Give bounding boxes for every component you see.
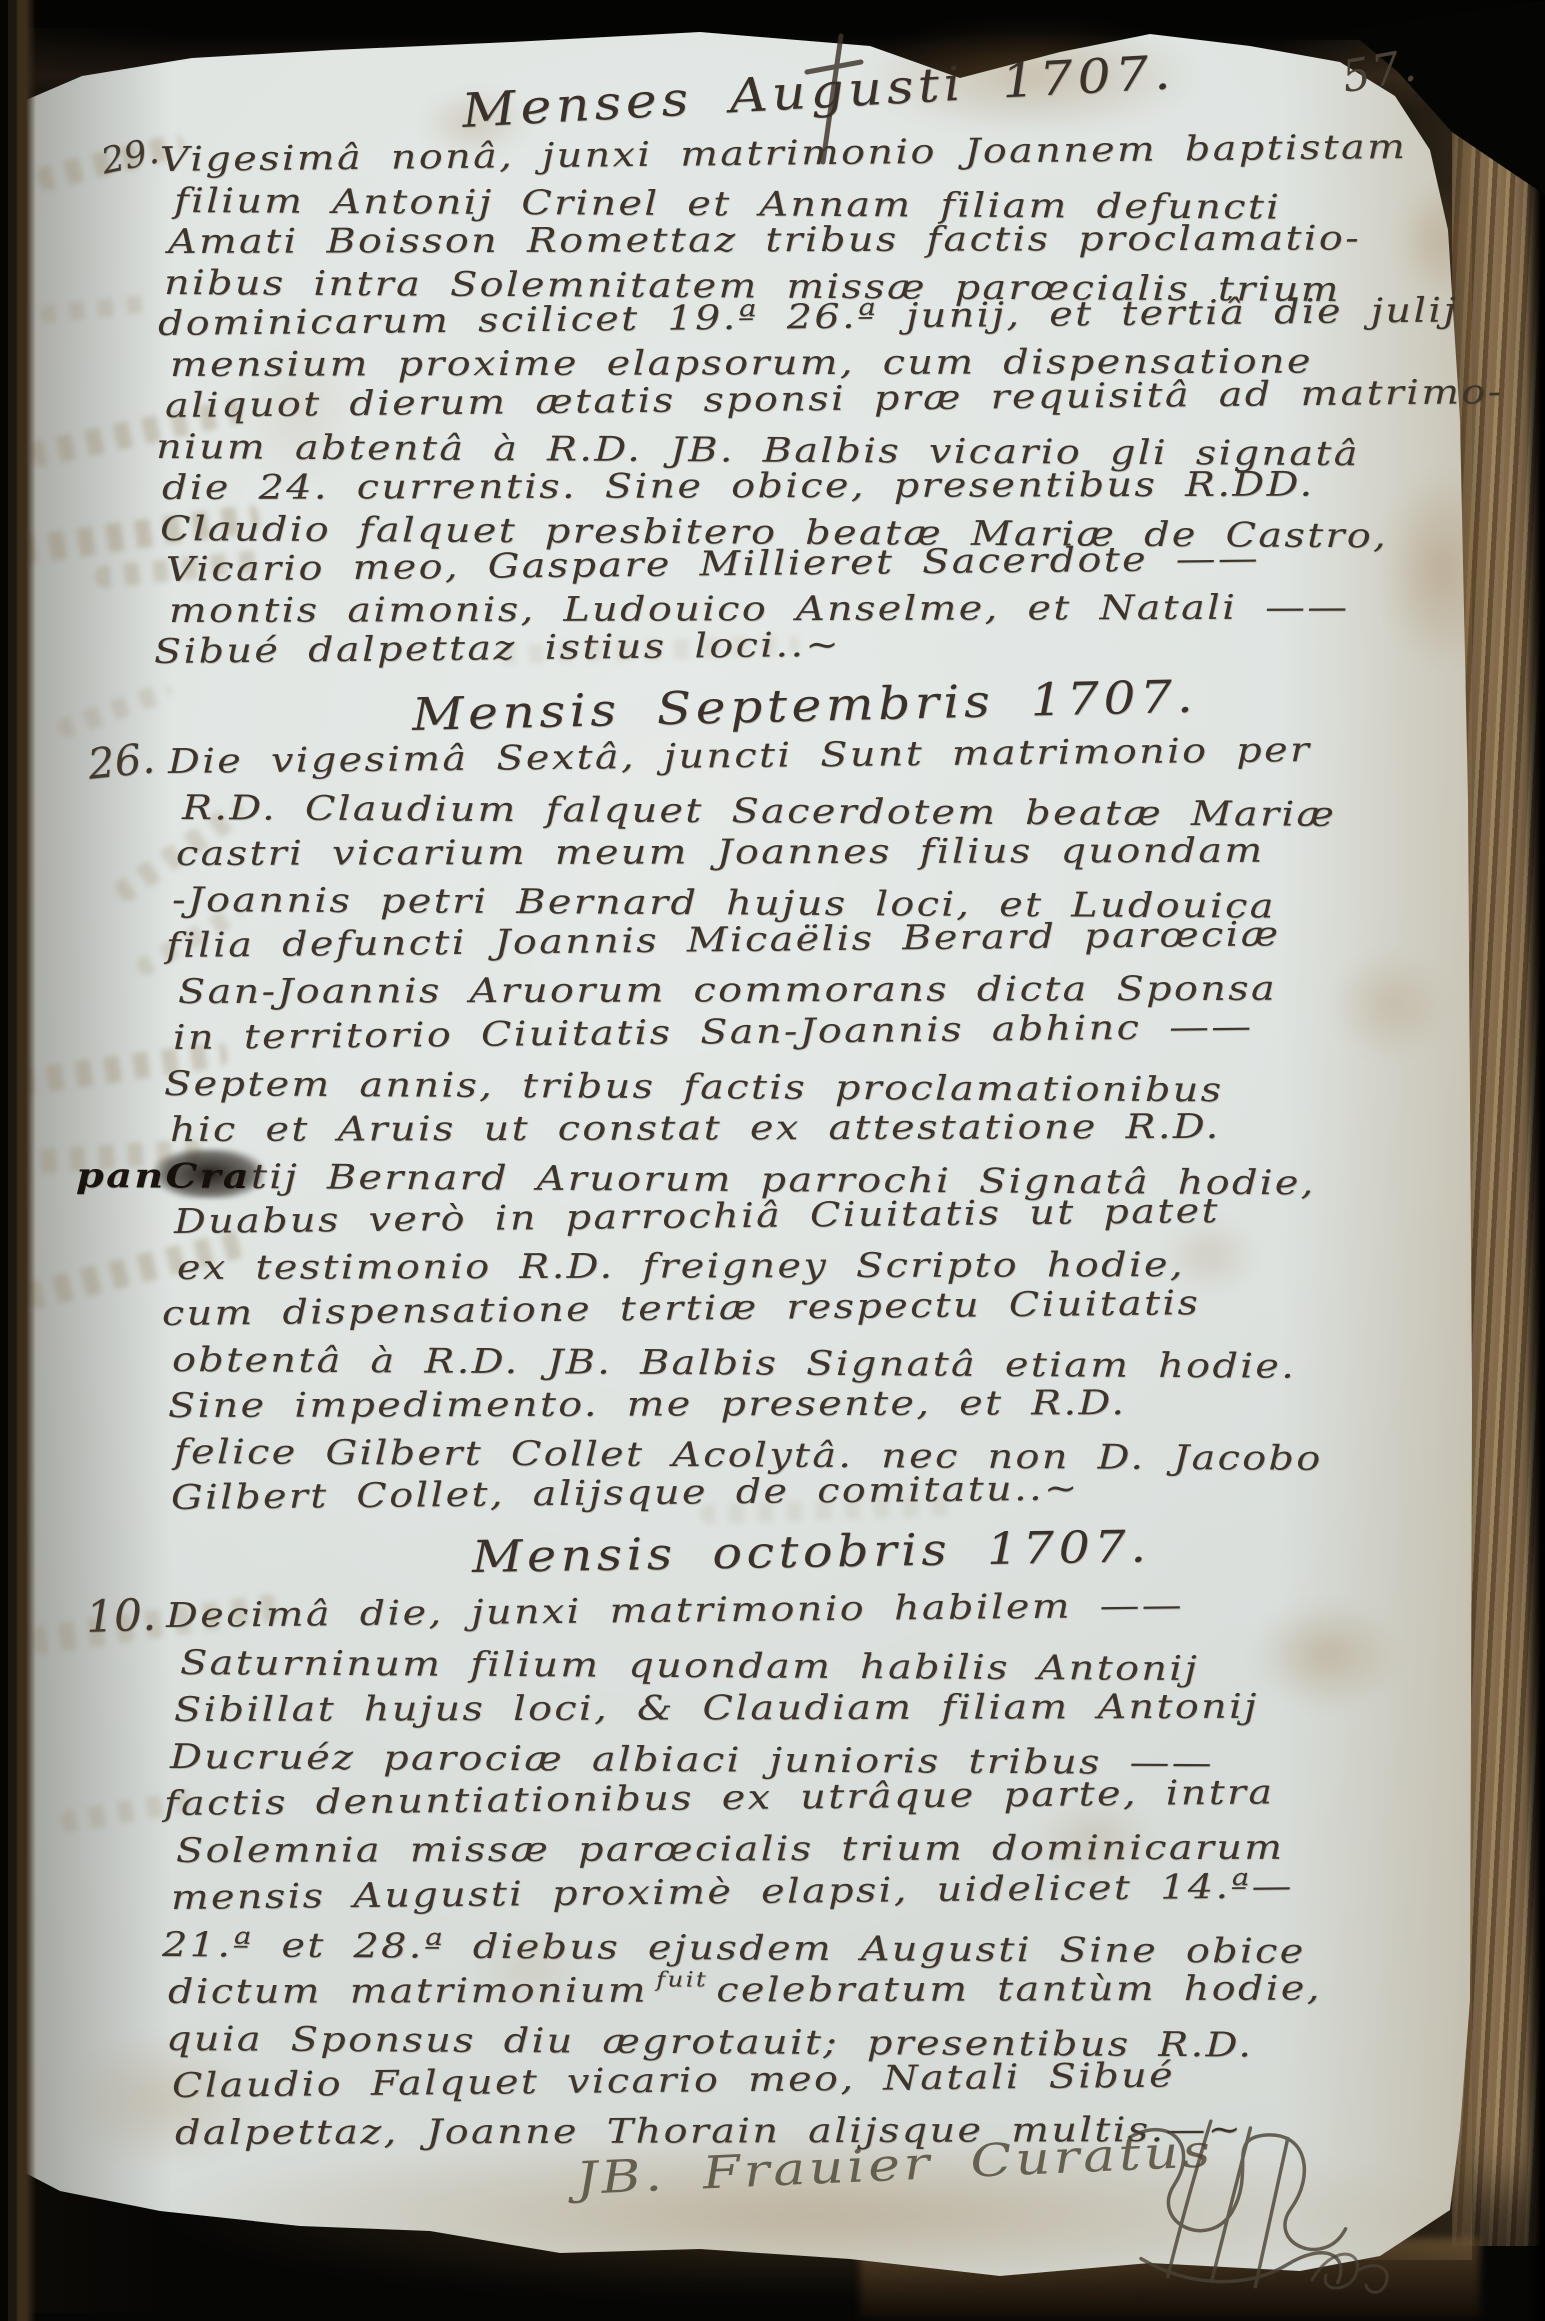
day-number-august: 29. xyxy=(98,131,163,183)
register-line: in territorio Ciuitatis San-Joannis abhi… xyxy=(173,1018,1169,1064)
register-line: obtentâ à R.D. JB. Balbis Signatâ etiam … xyxy=(172,1340,1169,1386)
register-line: Gilbert Collet, alijsque de comitatu..~ xyxy=(171,1478,1169,1524)
manuscript-photo: 57. Menses Augusti 1707. 29. Vigesimâ no… xyxy=(0,0,1545,2321)
end-flourish-icon xyxy=(1300,2235,1410,2305)
register-entry-september: Die vigesimâ Sextâ, juncti Sunt matrimon… xyxy=(168,742,1169,1524)
register-line: mensis Augusti proximè elapsi, uidelicet… xyxy=(171,1878,1154,1925)
register-line: R.D. Claudium falquet Sacerdotem beatæ M… xyxy=(182,788,1169,834)
register-entry-october: Decimâ die, junxi matrimonio habilem —— … xyxy=(166,1596,1154,2160)
register-line: Sine impedimento. me presente, et R.D. xyxy=(168,1386,1169,1432)
register-line: Duabus verò in parrochiâ Ciuitatis ut pa… xyxy=(174,1202,1169,1248)
register-line: nium abtentâ à R.D. JB. Balbis vicario g… xyxy=(156,427,1309,468)
month-heading-october: Mensis octobris 1707. xyxy=(472,1521,1151,1583)
register-line: Claudio Falquet vicario meo, Natali Sibu… xyxy=(172,2066,1154,2113)
register-line: hic et Aruis ut constat ex attestatione … xyxy=(170,1110,1169,1156)
register-line-interlined: dictum matrimoniumfuitcelebratum tantùm … xyxy=(168,1972,1154,2019)
register-line: Decimâ die, junxi matrimonio habilem —— xyxy=(166,1596,1154,1643)
register-line: dominicarum scilicet 19.ª 26.ª junij, et… xyxy=(158,304,1309,345)
ink-blot: Cra xyxy=(165,1157,251,1198)
register-line: Vigesimâ nonâ, junxi matrimonio Joannem … xyxy=(160,140,1309,181)
register-line: Vicario meo, Gaspare Millieret Sacerdote… xyxy=(166,550,1309,591)
overwritten-word: pan xyxy=(76,1156,166,1197)
day-number-september: 26. xyxy=(85,733,157,789)
register-line: castri vicarium meum Joannes filius quon… xyxy=(176,834,1169,880)
register-line: filium Antonij Crinel et Annam filiam de… xyxy=(174,181,1309,222)
page-number: 57. xyxy=(1338,40,1422,103)
interlined-word: fuit xyxy=(656,1967,708,1991)
register-line: aliquot dierum ætatis sponsi præ requisi… xyxy=(165,386,1309,427)
register-line: filia defuncti Joannis Micaëlis Berard p… xyxy=(166,926,1169,972)
register-entry-august: Vigesimâ nonâ, junxi matrimonio Joannem … xyxy=(160,140,1309,673)
day-number-october: 10. xyxy=(85,1590,157,1643)
register-line: 21.ª et 28.ª diebus ejusdem Augusti Sine… xyxy=(162,1925,1154,1972)
month-heading-september: Mensis Septembris 1707. xyxy=(411,670,1198,741)
register-line: Sibué dalpettaz istius loci..~ xyxy=(154,632,1309,673)
register-line: Septem annis, tribus factis proclamation… xyxy=(164,1064,1169,1110)
register-line: Saturninum filium quondam habilis Antoni… xyxy=(180,1643,1154,1690)
handwritten-content: 57. Menses Augusti 1707. 29. Vigesimâ no… xyxy=(0,0,1545,2321)
register-line: cum dispensatione tertiæ respectu Ciuita… xyxy=(162,1294,1169,1340)
register-line: Die vigesimâ Sextâ, juncti Sunt matrimon… xyxy=(168,742,1169,788)
register-line: Sibillat hujus loci, & Claudiam filiam A… xyxy=(174,1690,1154,1737)
register-line: Amati Boisson Romettaz tribus factis pro… xyxy=(168,222,1309,263)
register-line: die 24. currentis. Sine obice, presentib… xyxy=(162,468,1309,509)
register-line: factis denuntiationibus ex utrâque parte… xyxy=(164,1784,1154,1831)
